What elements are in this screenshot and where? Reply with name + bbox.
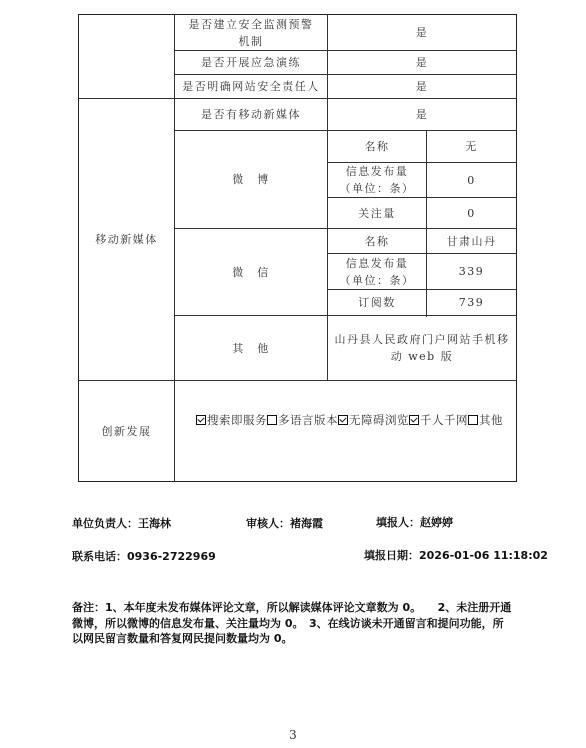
option-label: 千人千网 bbox=[420, 412, 468, 428]
checkbox-personalized[interactable] bbox=[409, 415, 419, 425]
remarks: 备注：1、本年度未发布媒体评论文章，所以解读媒体评论文章数为 0。 2、未注册开… bbox=[72, 600, 512, 647]
weibo-follows-label: 关注量 bbox=[328, 198, 426, 228]
label-line: （单位：条） bbox=[340, 272, 415, 289]
reviewer: 审核人：褚海霞 bbox=[246, 515, 323, 531]
value-line: 山丹县人民政府门户网站手机移 bbox=[335, 331, 510, 348]
option-label: 多语言版本 bbox=[278, 412, 338, 428]
weibo-posts-label: 信息发布量 （单位：条） bbox=[328, 163, 426, 197]
wechat-label: 微 信 bbox=[175, 229, 327, 315]
wechat-name-value: 甘肃山丹 bbox=[427, 229, 516, 253]
contact-phone: 联系电话：0936-2722969 bbox=[72, 548, 216, 564]
weibo-posts-value: 0 bbox=[427, 163, 516, 197]
weibo-name-label: 名称 bbox=[328, 131, 426, 162]
weibo-label: 微 博 bbox=[175, 131, 327, 228]
value-line: 动 web 版 bbox=[391, 348, 453, 365]
innovation-options: 搜索即服务 多语言版本 无障碍浏览 千人千网 其他 bbox=[196, 412, 503, 428]
has-mobile-media-label: 是否有移动新媒体 bbox=[175, 99, 327, 130]
label-line: 信息发布量 bbox=[346, 163, 409, 180]
wechat-name-label: 名称 bbox=[328, 229, 426, 253]
table-border-right bbox=[516, 14, 517, 482]
innovation-section-label: 创新发展 bbox=[79, 381, 174, 481]
option-label: 其他 bbox=[479, 412, 503, 428]
label-line: 信息发布量 bbox=[346, 255, 409, 272]
page-number: 3 bbox=[0, 728, 586, 742]
checkbox-search-service[interactable] bbox=[196, 415, 206, 425]
filler: 填报人：赵婷婷 bbox=[376, 514, 453, 530]
fill-date: 填报日期：2026-01-06 11:18:02 bbox=[364, 547, 548, 563]
wechat-subscribers-label: 订阅数 bbox=[328, 290, 426, 315]
checkbox-other[interactable] bbox=[468, 415, 478, 425]
emergency-drill-value: 是 bbox=[328, 51, 516, 74]
other-media-value: 山丹县人民政府门户网站手机移 动 web 版 bbox=[328, 316, 516, 380]
weibo-follows-value: 0 bbox=[427, 198, 516, 228]
security-officer-value: 是 bbox=[328, 75, 516, 98]
table-border-bottom bbox=[78, 481, 517, 482]
security-monitoring-value: 是 bbox=[328, 15, 516, 50]
security-monitoring-label: 是否建立安全监测预警 机制 bbox=[175, 15, 327, 50]
option-label: 搜索即服务 bbox=[207, 412, 267, 428]
option-label: 无障碍浏览 bbox=[349, 412, 409, 428]
has-mobile-media-value: 是 bbox=[328, 99, 516, 130]
label-line: （单位：条） bbox=[340, 180, 415, 197]
security-officer-label: 是否明确网站安全责任人 bbox=[175, 75, 327, 98]
mobile-media-section-label: 移动新媒体 bbox=[79, 99, 174, 380]
wechat-posts-label: 信息发布量 （单位：条） bbox=[328, 254, 426, 289]
emergency-drill-label: 是否开展应急演练 bbox=[175, 51, 327, 74]
checkbox-multilingual[interactable] bbox=[267, 415, 277, 425]
other-media-label: 其 他 bbox=[175, 316, 327, 380]
document-page: 是否建立安全监测预警 机制 是 是否开展应急演练 是 是否明确网站安全责任人 是… bbox=[0, 0, 586, 748]
label-line: 是否建立安全监测预警 bbox=[189, 16, 314, 33]
label-line: 机制 bbox=[239, 33, 264, 50]
wechat-posts-value: 339 bbox=[427, 254, 516, 289]
checkbox-accessibility[interactable] bbox=[338, 415, 348, 425]
unit-head: 单位负责人：王海林 bbox=[72, 515, 171, 531]
weibo-name-value: 无 bbox=[427, 131, 516, 162]
wechat-subscribers-value: 739 bbox=[427, 290, 516, 315]
